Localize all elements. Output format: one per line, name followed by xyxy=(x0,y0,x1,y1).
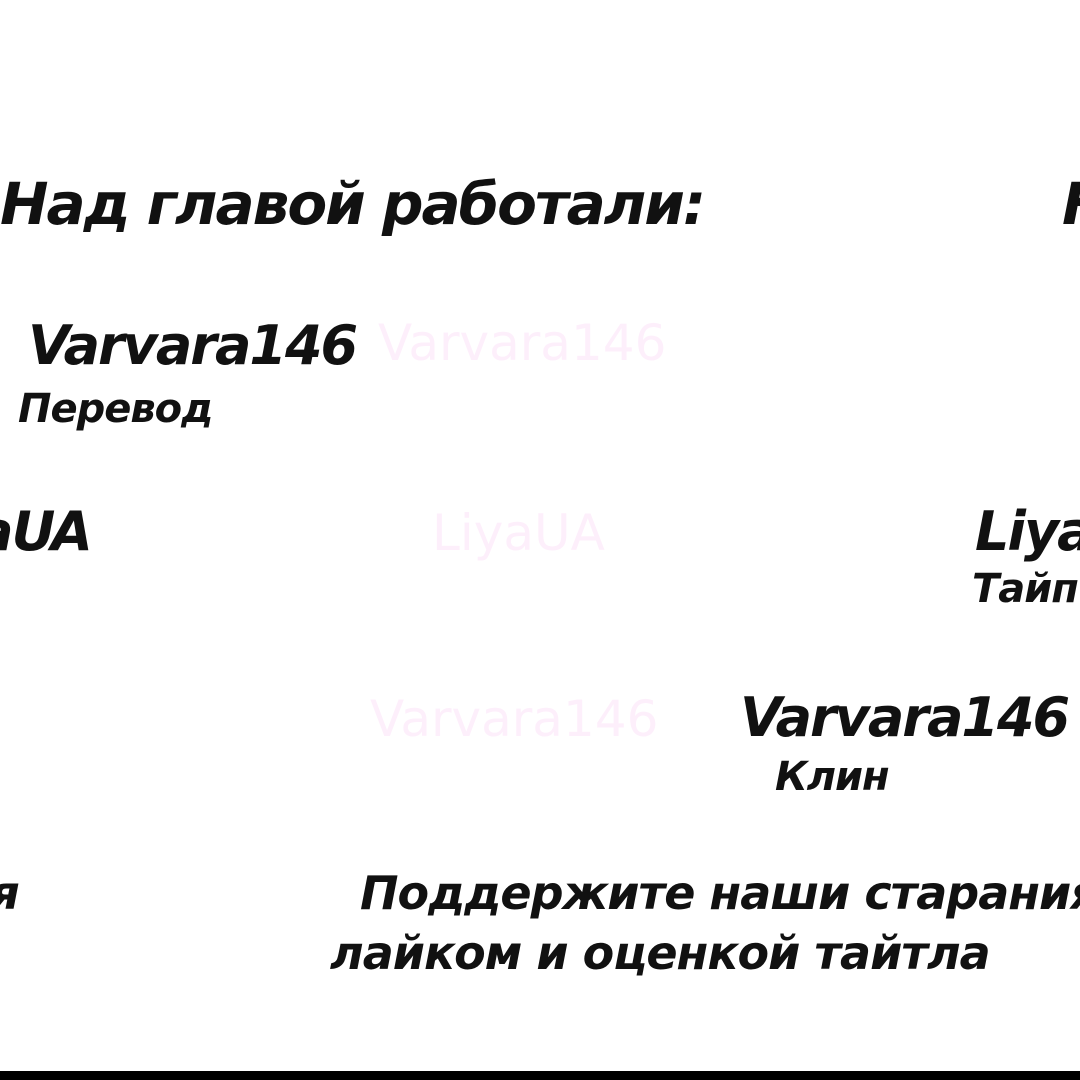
bottom-bar xyxy=(0,1071,1080,1080)
member-role-translator: Перевод xyxy=(18,386,212,432)
member-role-cleaner: Клин xyxy=(775,754,889,800)
member-role-typesetter: Тайп xyxy=(972,566,1078,612)
credits-heading: Над главой работали: xyxy=(0,170,704,238)
footer-line-1: Поддержите наши старания xyxy=(360,866,1080,920)
member-name-typesetter-wrap: LiyaUA xyxy=(0,500,91,563)
member-name-cleaner: Varvara146 xyxy=(740,686,1068,749)
watermark-varvara146-top: Varvara146 xyxy=(378,314,666,372)
credits-heading-wrap-text: Над главой работали: xyxy=(1062,170,1080,238)
credits-heading-wrap: Над главой работали: xyxy=(1062,170,1080,238)
member-name-typesetter: LiyaUA xyxy=(975,500,1080,563)
member-name-translator: Varvara146 xyxy=(28,314,356,377)
watermark-varvara146-bottom: Varvara146 xyxy=(370,690,658,748)
watermark-liyaua: LiyaUA xyxy=(432,504,605,562)
footer-line-2: лайком и оценкой тайтла xyxy=(330,926,990,980)
footer-line-1-wrap: Поддержите наши старания xyxy=(0,866,19,920)
credits-heading-text: Над главой работали: xyxy=(0,170,704,238)
